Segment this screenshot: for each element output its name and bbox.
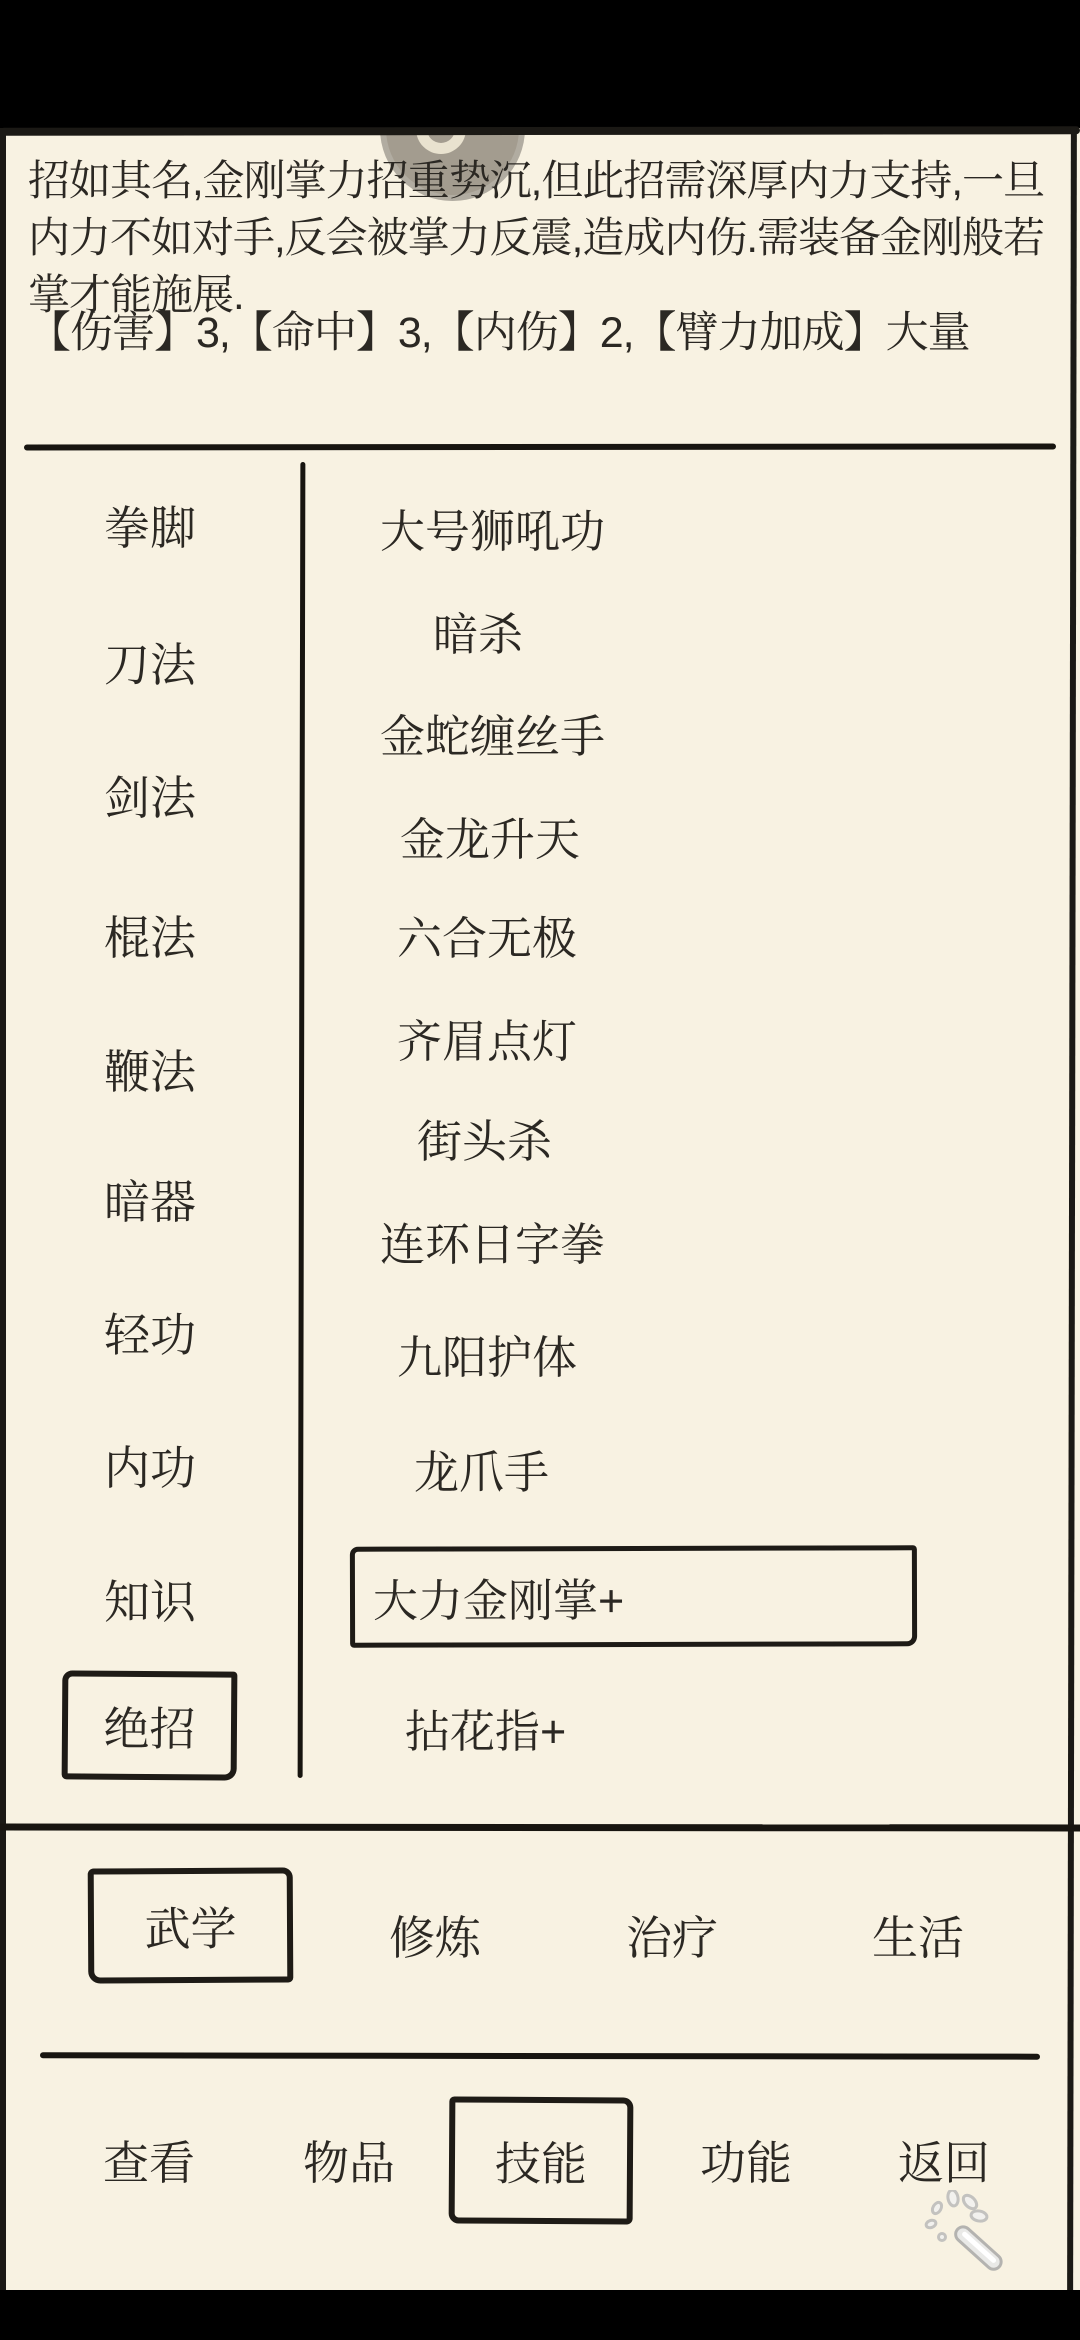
- tab-chakan[interactable]: 查看: [103, 2135, 195, 2191]
- skill-item[interactable]: 拈花指+: [405, 1705, 566, 1759]
- divider-under-stats: [24, 443, 1056, 450]
- category-gunfa[interactable]: 棍法: [60, 910, 240, 966]
- bottom-black-bar: [0, 2290, 1080, 2340]
- skill-item[interactable]: 街头杀: [417, 1115, 552, 1169]
- category-neigong[interactable]: 内功: [60, 1440, 240, 1496]
- skill-stats: 【伤害】3,【命中】3,【内伤】2,【臂力加成】大量: [28, 305, 1054, 362]
- tab-wuxue-selected[interactable]: 武学: [88, 1867, 294, 1983]
- skill-item[interactable]: 暗杀: [433, 608, 523, 662]
- category-daofa[interactable]: 刀法: [60, 637, 240, 693]
- tab-xiulian[interactable]: 修炼: [389, 1910, 481, 1966]
- tab-zhiliao[interactable]: 治疗: [626, 1910, 718, 1966]
- category-anqi[interactable]: 暗器: [60, 1174, 240, 1230]
- skill-item[interactable]: 大号狮吼功: [380, 505, 605, 559]
- skill-item[interactable]: 齐眉点灯: [397, 1015, 577, 1069]
- magic-wand-icon: [915, 2190, 1025, 2285]
- panel-top-border: [0, 126, 1080, 136]
- skill-item[interactable]: 龙爪手: [414, 1446, 549, 1500]
- skill-item[interactable]: 九阳护体: [397, 1331, 577, 1385]
- category-zhishi[interactable]: 知识: [60, 1574, 240, 1630]
- tab-fanhui[interactable]: 返回: [898, 2135, 990, 2191]
- tab-jineng-selected[interactable]: 技能: [449, 2096, 634, 2224]
- skill-item[interactable]: 金龙升天: [400, 813, 580, 867]
- tab-gongneng[interactable]: 功能: [700, 2135, 792, 2191]
- game-screen: 招如其名,金刚掌力招重势沉,但此招需深厚内力支持,一旦内力不如对手,反会被掌力反…: [0, 0, 1080, 2340]
- tab-shenghuo[interactable]: 生活: [872, 1910, 964, 1966]
- panel-bottom-border: [0, 1824, 1080, 1832]
- skill-item-selected[interactable]: 大力金刚掌+: [350, 1545, 917, 1647]
- category-quanjiao[interactable]: 拳脚: [60, 500, 240, 556]
- skill-description: 招如其名,金刚掌力招重势沉,但此招需深厚内力支持,一旦内力不如对手,反会被掌力反…: [28, 152, 1054, 323]
- skill-item[interactable]: 六合无极: [397, 912, 577, 966]
- category-zhuezhao-selected[interactable]: 绝招: [62, 1670, 238, 1780]
- category-jianfa[interactable]: 剑法: [60, 770, 240, 826]
- category-bianfa[interactable]: 鞭法: [60, 1044, 240, 1100]
- panel-left-border: [0, 128, 6, 2290]
- category-qinggong[interactable]: 轻功: [60, 1307, 240, 1363]
- magic-wand-button[interactable]: [915, 2190, 1025, 2285]
- status-bar: [0, 0, 1080, 128]
- skill-item[interactable]: 连环日字拳: [380, 1218, 605, 1272]
- tab-wupin[interactable]: 物品: [303, 2135, 395, 2191]
- skill-item[interactable]: 金蛇缠丝手: [380, 710, 605, 764]
